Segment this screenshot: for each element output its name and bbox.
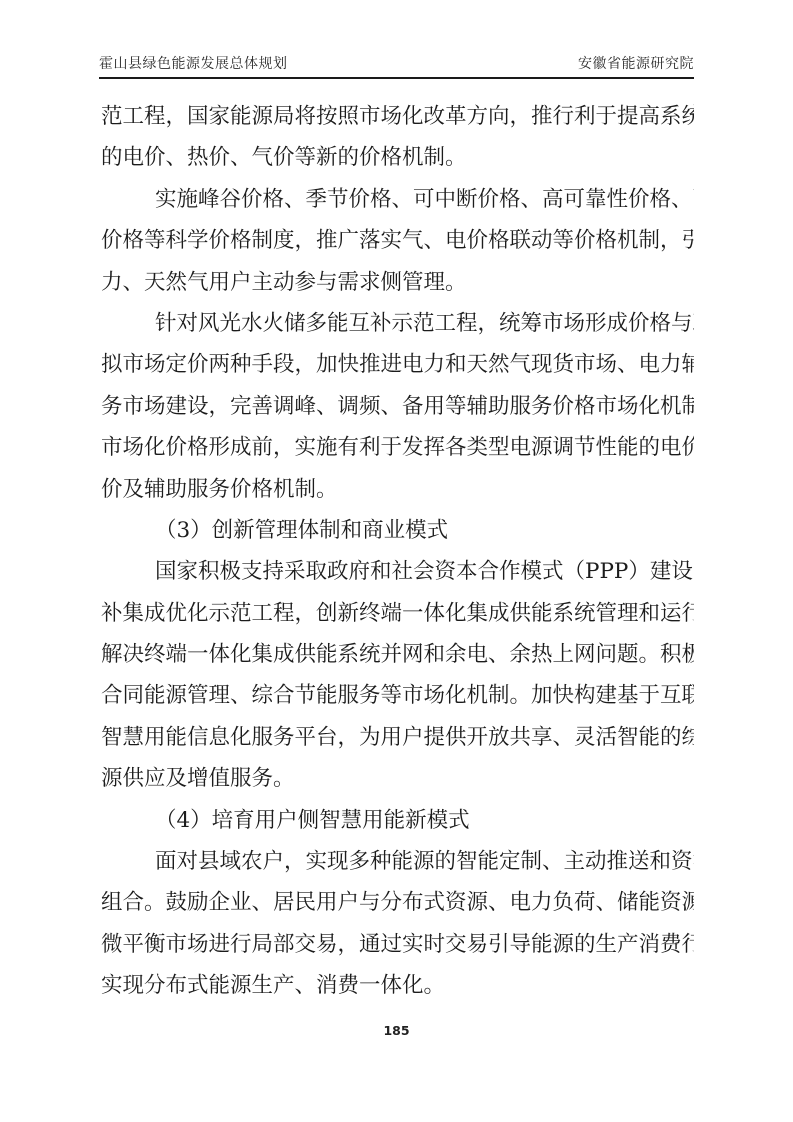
page-header: 霍山县绿色能源发展总体规划 安徽省能源研究院 [99, 54, 694, 79]
document-page: 霍山县绿色能源发展总体规划 安徽省能源研究院 范工程，国家能源局将按照市场化改革… [0, 0, 793, 1122]
text-line: （3）创新管理体制和商业模式 [101, 510, 694, 551]
paragraph: 国家积极支持采取政府和社会资本合作模式（PPP）建设多能互补集成优化示范工程，创… [101, 551, 694, 799]
header-right-title: 安徽省能源研究院 [578, 54, 694, 74]
section-heading: （4）培育用户侧智慧用能新模式 [101, 800, 694, 841]
text-line: 微平衡市场进行局部交易，通过实时交易引导能源的生产消费行为， [101, 924, 694, 965]
paragraph: 针对风光水火储多能互补示范工程，统筹市场形成价格与政府模拟市场定价两种手段，加快… [101, 303, 694, 510]
text-line: 价格等科学价格制度，推广落实气、电价格联动等价格机制，引导电 [101, 220, 694, 261]
paragraph: 范工程，国家能源局将按照市场化改革方向，推行利于提高系统效率的电价、热价、气价等… [101, 96, 694, 179]
text-line: 拟市场定价两种手段，加快推进电力和天然气现货市场、电力辅助服 [101, 344, 694, 385]
text-line: 面对县域农户，实现多种能源的智能定制、主动推送和资源优化 [101, 841, 694, 882]
text-line: 的电价、热价、气价等新的价格机制。 [101, 137, 694, 178]
paragraph: 实施峰谷价格、季节价格、可中断价格、高可靠性价格、两部制价格等科学价格制度，推广… [101, 179, 694, 303]
text-line: 市场化价格形成前，实施有利于发挥各类型电源调节性能的电价、气 [101, 427, 694, 468]
text-line: 国家积极支持采取政府和社会资本合作模式（PPP）建设多能互 [101, 551, 694, 592]
text-line: 实现分布式能源生产、消费一体化。 [101, 965, 694, 1006]
text-line: 补集成优化示范工程，创新终端一体化集成供能系统管理和运行模式， [101, 593, 694, 634]
text-line: 合同能源管理、综合节能服务等市场化机制。加快构建基于互联网的 [101, 675, 694, 716]
text-line: 智慧用能信息化服务平台，为用户提供开放共享、灵活智能的综合能 [101, 717, 694, 758]
text-line: 组合。鼓励企业、居民用户与分布式资源、电力负荷、储能资源通过 [101, 882, 694, 923]
document-body: 范工程，国家能源局将按照市场化改革方向，推行利于提高系统效率的电价、热价、气价等… [101, 96, 694, 1007]
text-line: 解决终端一体化集成供能系统并网和余电、余热上网问题。积极推行 [101, 634, 694, 675]
paragraph: 面对县域农户，实现多种能源的智能定制、主动推送和资源优化组合。鼓励企业、居民用户… [101, 841, 694, 1007]
text-line: 针对风光水火储多能互补示范工程，统筹市场形成价格与政府模 [101, 303, 694, 344]
text-line: 力、天然气用户主动参与需求侧管理。 [101, 262, 694, 303]
text-line: 实施峰谷价格、季节价格、可中断价格、高可靠性价格、两部制 [101, 179, 694, 220]
text-line: 范工程，国家能源局将按照市场化改革方向，推行利于提高系统效率 [101, 96, 694, 137]
text-line: （4）培育用户侧智慧用能新模式 [101, 800, 694, 841]
page-number: 185 [383, 1023, 409, 1038]
text-line: 务市场建设，完善调峰、调频、备用等辅助服务价格市场化机制。在 [101, 386, 694, 427]
text-line: 源供应及增值服务。 [101, 758, 694, 799]
header-rule [99, 77, 694, 79]
text-line: 价及辅助服务价格机制。 [101, 469, 694, 510]
section-heading: （3）创新管理体制和商业模式 [101, 510, 694, 551]
page-footer: 185 [0, 1020, 793, 1039]
header-left-title: 霍山县绿色能源发展总体规划 [99, 54, 288, 74]
